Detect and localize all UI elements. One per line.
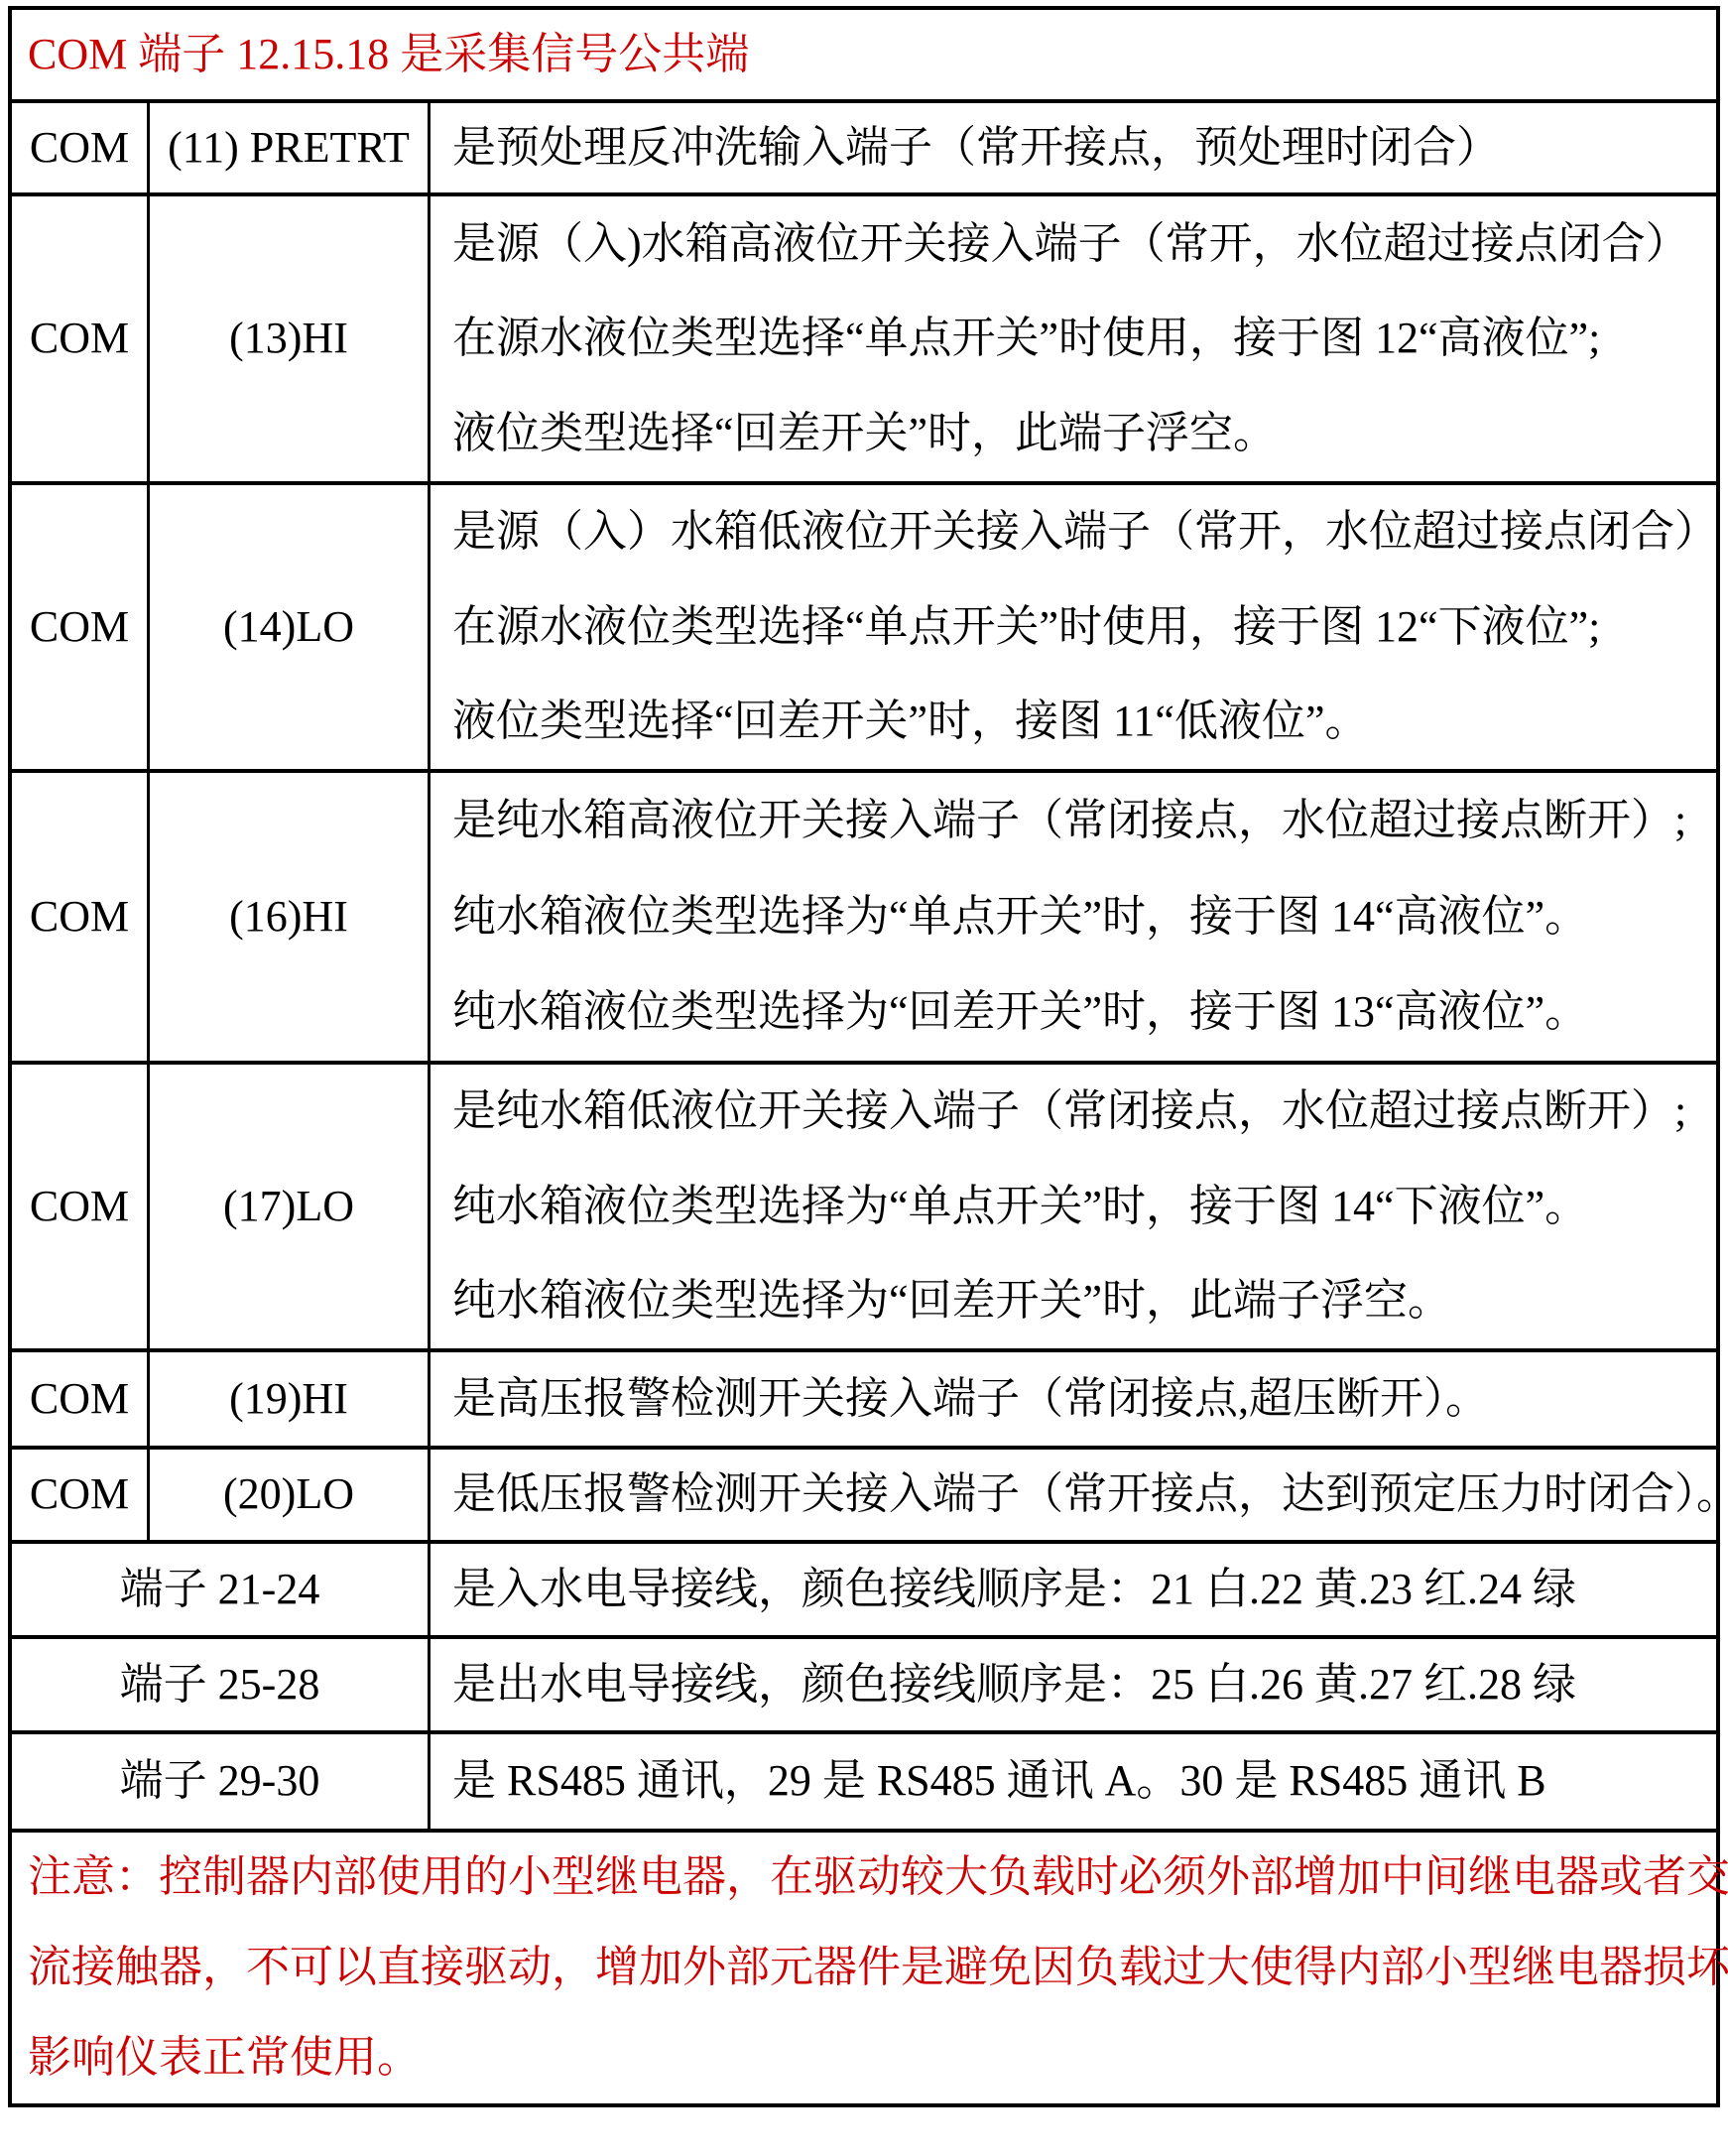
note-line: 流接触器，不可以直接驱动，增加外部元器件是避免因负载过大使得内部小型继电器损坏， [28,1923,1710,2013]
terminal-description: 是预处理反冲洗输入端子（常开接点，预处理时闭合） [431,103,1716,192]
terminal-range: 端子 21-24 [12,1544,431,1635]
table-row-terminal-20: COM (20)LO 是低压报警检测开关接入端子（常开接点，达到预定压力时闭合）… [12,1446,1716,1540]
description-line: 在源水液位类型选择“单点开关”时使用，接于图 12“高液位”; [452,292,1710,387]
terminal-id: (19)HI [150,1352,431,1446]
terminal-id: (16)HI [150,773,431,1061]
description-line: 是预处理反冲洗输入端子（常开接点，预处理时闭合） [452,103,1710,192]
table-row-terminals-25-28: 端子 25-28 是出水电导接线，颜色接线顺序是：25 白.26 黄.27 红.… [12,1635,1716,1730]
table-header-row: COM 端子 12.15.18 是采集信号公共端 [12,10,1716,99]
description-line: 纯水箱液位类型选择为“回差开关”时，接于图 13“高液位”。 [452,964,1710,1061]
description-line: 是入水电导接线，颜色接线顺序是：21 白.22 黄.23 红.24 绿 [452,1544,1710,1635]
note-line: 影响仪表正常使用。 [28,2013,1710,2103]
terminal-range: 端子 25-28 [12,1639,431,1730]
terminal-description: 是 RS485 通讯，29 是 RS485 通讯 A。30 是 RS485 通讯… [431,1734,1716,1829]
terminal-description: 是源（入）水箱低液位开关接入端子（常开，水位超过接点闭合） 在源水液位类型选择“… [431,485,1724,769]
com-label: COM [12,1352,150,1446]
table-row-terminal-19: COM (19)HI 是高压报警检测开关接入端子（常闭接点,超压断开）。 [12,1348,1716,1446]
terminal-description: 是源（入)水箱高液位开关接入端子（常开，水位超过接点闭合） 在源水液位类型选择“… [431,196,1716,481]
com-label: COM [12,485,150,769]
com-label: COM [12,1450,150,1540]
com-label: COM [12,773,150,1061]
description-line: 纯水箱液位类型选择为“回差开关”时，此端子浮空。 [452,1254,1710,1348]
description-line: 是纯水箱低液位开关接入端子（常闭接点，水位超过接点断开）; [452,1065,1710,1159]
description-line: 液位类型选择“回差开关”时，接图 11“低液位”。 [452,675,1718,769]
terminal-id: (17)LO [150,1065,431,1348]
terminal-id: (13)HI [150,196,431,481]
com-label: COM [12,103,150,192]
description-line: 纯水箱液位类型选择为“单点开关”时，接于图 14“下液位”。 [452,1159,1710,1253]
description-line: 是源（入)水箱高液位开关接入端子（常开，水位超过接点闭合） [452,196,1710,292]
terminal-description-table: COM 端子 12.15.18 是采集信号公共端 COM (11) PRETRT… [8,6,1720,2107]
table-row-terminal-13: COM (13)HI 是源（入)水箱高液位开关接入端子（常开，水位超过接点闭合）… [12,192,1716,481]
terminal-description: 是纯水箱低液位开关接入端子（常闭接点，水位超过接点断开）; 纯水箱液位类型选择为… [431,1065,1716,1348]
description-line: 是高压报警检测开关接入端子（常闭接点,超压断开）。 [452,1352,1710,1446]
description-line: 是出水电导接线，颜色接线顺序是：25 白.26 黄.27 红.28 绿 [452,1639,1710,1730]
table-row-terminal-16: COM (16)HI 是纯水箱高液位开关接入端子（常闭接点，水位超过接点断开）;… [12,769,1716,1061]
com-label: COM [12,1065,150,1348]
table-row-terminal-11: COM (11) PRETRT 是预处理反冲洗输入端子（常开接点，预处理时闭合） [12,99,1716,192]
description-line: 在源水液位类型选择“单点开关”时使用，接于图 12“下液位”; [452,579,1718,674]
terminal-description: 是出水电导接线，颜色接线顺序是：25 白.26 黄.27 红.28 绿 [431,1639,1716,1730]
table-row-terminals-29-30: 端子 29-30 是 RS485 通讯，29 是 RS485 通讯 A。30 是… [12,1730,1716,1829]
terminal-description: 是低压报警检测开关接入端子（常开接点，达到预定压力时闭合）。 [431,1450,1728,1540]
table-row-terminal-17: COM (17)LO 是纯水箱低液位开关接入端子（常闭接点，水位超过接点断开）;… [12,1061,1716,1348]
terminal-range: 端子 29-30 [12,1734,431,1829]
table-note-row: 注意：控制器内部使用的小型继电器，在驱动较大负载时必须外部增加中间继电器或者交 … [12,1829,1716,2103]
terminal-description: 是纯水箱高液位开关接入端子（常闭接点，水位超过接点断开）; 纯水箱液位类型选择为… [431,773,1716,1061]
terminal-id: (20)LO [150,1450,431,1540]
terminal-description: 是高压报警检测开关接入端子（常闭接点,超压断开）。 [431,1352,1716,1446]
table-row-terminal-14: COM (14)LO 是源（入）水箱低液位开关接入端子（常开，水位超过接点闭合）… [12,481,1716,769]
terminal-id: (14)LO [150,485,431,769]
description-line: 液位类型选择“回差开关”时，此端子浮空。 [452,386,1710,481]
description-line: 是 RS485 通讯，29 是 RS485 通讯 A。30 是 RS485 通讯… [452,1734,1710,1829]
relay-warning-note: 注意：控制器内部使用的小型继电器，在驱动较大负载时必须外部增加中间继电器或者交 … [12,1833,1716,2103]
description-line: 是源（入）水箱低液位开关接入端子（常开，水位超过接点闭合） [452,485,1718,579]
table-row-terminals-21-24: 端子 21-24 是入水电导接线，颜色接线顺序是：21 白.22 黄.23 红.… [12,1540,1716,1635]
description-line: 纯水箱液位类型选择为“单点开关”时，接于图 14“高液位”。 [452,869,1710,965]
terminal-id: (11) PRETRT [150,103,431,192]
terminal-description: 是入水电导接线，颜色接线顺序是：21 白.22 黄.23 红.24 绿 [431,1544,1716,1635]
com-label: COM [12,196,150,481]
com-common-terminal-note: COM 端子 12.15.18 是采集信号公共端 [12,10,1716,99]
note-line: 注意：控制器内部使用的小型继电器，在驱动较大负载时必须外部增加中间继电器或者交 [28,1833,1710,1923]
description-line: 是低压报警检测开关接入端子（常开接点，达到预定压力时闭合）。 [452,1450,1728,1540]
description-line: 是纯水箱高液位开关接入端子（常闭接点，水位超过接点断开）; [452,773,1710,869]
